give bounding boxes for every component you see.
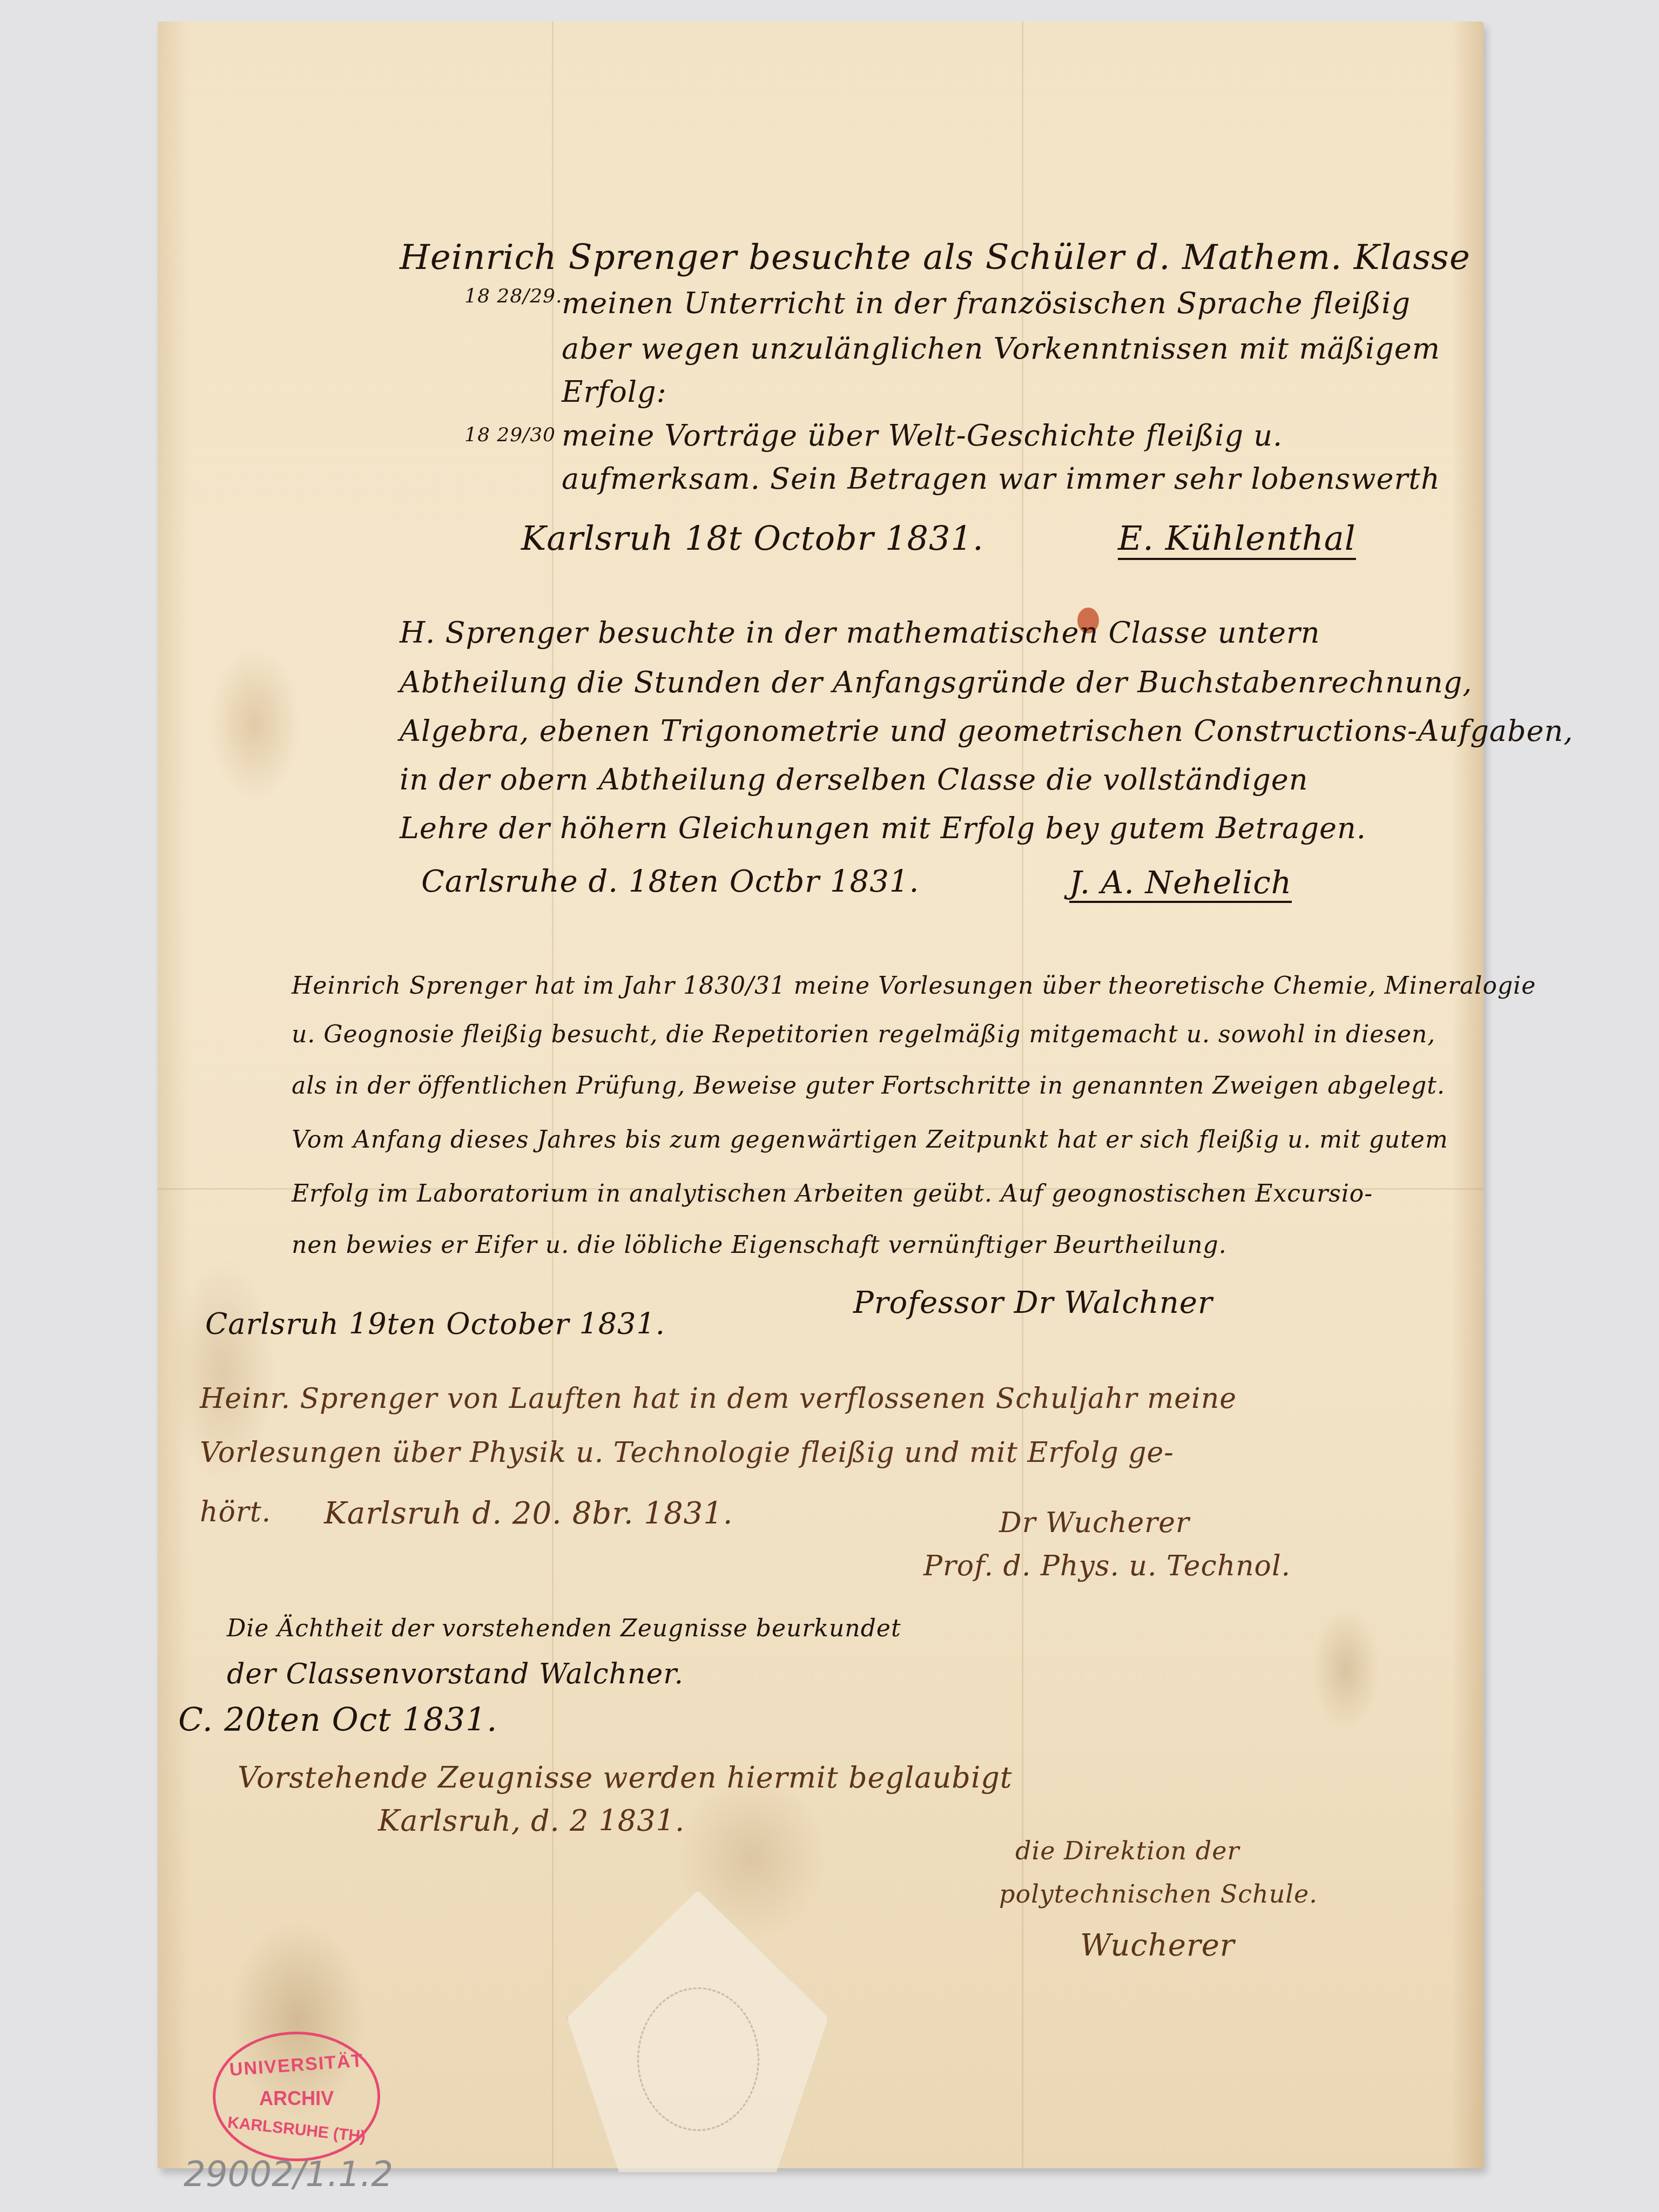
text-line: aber wegen unzulänglichen Vorkenntnissen… <box>562 332 1440 366</box>
text-line: Abtheilung die Stunden der Anfangsgründe… <box>400 665 1472 699</box>
stamp-bottom-text: KARLSRUHE (TH) <box>215 2112 378 2147</box>
date: Karlsruh, d. 2 1831. <box>378 1804 685 1838</box>
text-line: Algebra, ebenen Trigonometrie und geomet… <box>400 714 1573 748</box>
text-line: als in der öffentlichen Prüfung, Beweise… <box>292 1072 1445 1100</box>
year-note: 18 28/29. <box>464 285 562 307</box>
date: Karlsruh d. 20. 8br. 1831. <box>324 1496 733 1531</box>
text-line: der Classenvorstand Walchner. <box>227 1658 684 1690</box>
archive-number: 29002/1.1.2 <box>184 2155 393 2195</box>
stamp-middle-text: ARCHIV <box>215 2087 377 2110</box>
text-line: Heinrich Sprenger besuchte als Schüler d… <box>400 238 1471 278</box>
text-line: nen bewies er Eifer u. die löbliche Eige… <box>292 1231 1227 1259</box>
date: C. 20ten Oct 1831. <box>178 1701 497 1739</box>
seal-ring <box>637 1987 759 2131</box>
year-note: 18 29/30 <box>464 424 556 446</box>
text-line: Vorstehende Zeugnisse werden hiermit beg… <box>238 1761 1012 1795</box>
text-line: Erfolg: <box>562 375 667 409</box>
signature-line: polytechnischen Schule. <box>999 1879 1318 1908</box>
text-line: Vorlesungen über Physik u. Technologie f… <box>200 1437 1174 1469</box>
text-line: in der obern Abtheilung derselben Classe… <box>400 763 1308 797</box>
text-line: Die Ächtheit der vorstehenden Zeugnisse … <box>227 1615 901 1642</box>
archive-stamp: UNIVERSITÄT ARCHIV KARLSRUHE (TH) <box>213 2032 380 2161</box>
text-line: meinen Unterricht in der französischen S… <box>562 286 1411 320</box>
signature-line: die Direktion der <box>1015 1836 1239 1865</box>
text-line: Heinrich Sprenger hat im Jahr 1830/31 me… <box>292 972 1536 1000</box>
text-line: u. Geognosie fleißig besucht, die Repeti… <box>292 1021 1435 1048</box>
text-line: aufmerksam. Sein Betragen war immer sehr… <box>562 462 1440 496</box>
stamp-top-text: UNIVERSITÄT <box>215 2049 378 2082</box>
text-line: hört. <box>200 1496 271 1528</box>
text-line: Heinr. Sprenger von Lauften hat in dem v… <box>200 1382 1237 1415</box>
date: Carlsruhe d. 18ten Octbr 1831. <box>421 864 919 899</box>
text-line: Lehre der höhern Gleichungen mit Erfolg … <box>400 811 1366 845</box>
date: Karlsruh 18t Octobr 1831. <box>521 518 984 558</box>
text-line: Vom Anfang dieses Jahres bis zum gegenwä… <box>292 1126 1448 1154</box>
signature: Professor Dr Walchner <box>853 1285 1213 1320</box>
signature-title: Prof. d. Phys. u. Technol. <box>923 1550 1291 1582</box>
signature: Dr Wucherer <box>999 1507 1190 1539</box>
date: Carlsruh 19ten October 1831. <box>205 1307 665 1341</box>
text-line: H. Sprenger besuchte in der mathematisch… <box>400 616 1320 650</box>
signature: J. A. Nehelich <box>1069 864 1292 903</box>
text-line: meine Vorträge über Welt-Geschichte flei… <box>562 419 1283 453</box>
text-line: Erfolg im Laboratorium in analytischen A… <box>292 1180 1373 1208</box>
signature: E. Kühlenthal <box>1118 518 1356 560</box>
signature: Wucherer <box>1080 1928 1235 1963</box>
